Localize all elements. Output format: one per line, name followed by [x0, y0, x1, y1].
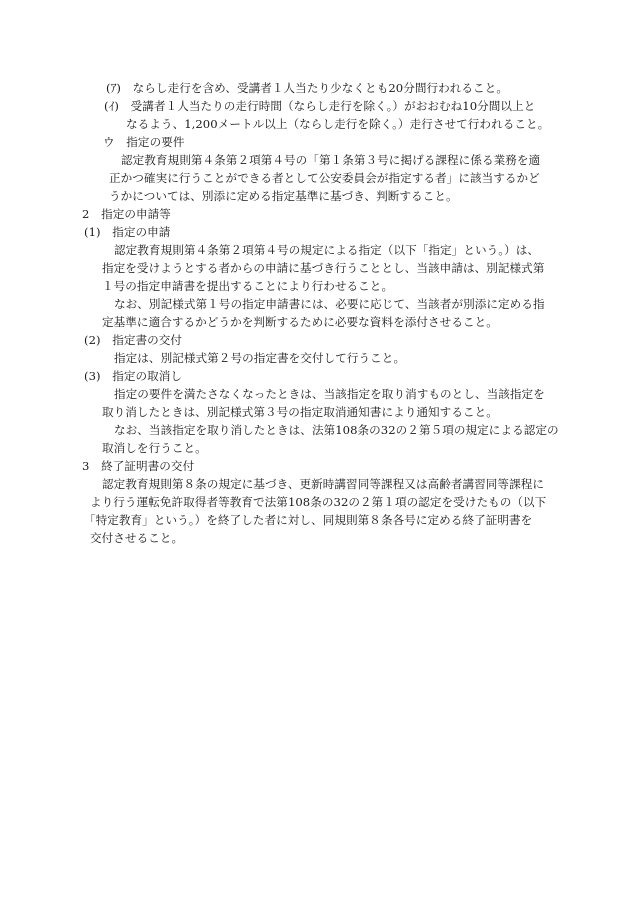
text-line: なお、別記様式第１号の指定申請書には、必要に応じて、当該者が別添に定める指 — [114, 297, 545, 311]
text-line: 交付させること。 — [90, 531, 183, 545]
text-line: 3 終了証明書の交付 — [82, 459, 194, 473]
text-line: なお、当該指定を取り消したときは、法第108条の32の２第５項の規定による認定の — [114, 423, 559, 437]
text-line: より行う運転免許取得者等教育で法第108条の32の２第１項の認定を受けたもの（以… — [90, 495, 546, 509]
text-line: (2) 指定書の交付 — [84, 333, 182, 347]
text-line: ウ 指定の要件 — [103, 135, 185, 149]
text-line: 指定を受けようとする者からの申請に基づき行うこととし、当該申請は、別記様式第 — [102, 261, 544, 275]
document-page: (ｱ) ならし走行を含め、受講者１人当たり少なくとも20分間行われること。(ｲ)… — [0, 0, 630, 903]
text-line: 認定教育規則第８条の規定に基づき、更新時講習同等課程又は高齢者講習同等課程に — [102, 477, 544, 491]
text-line: 取消しを行うこと。 — [102, 441, 207, 455]
text-line: 「特定教育」という。）を終了した者に対し、同規則第８条各号に定める終了証明書を — [84, 513, 532, 527]
text-line: 指定は、別記様式第２号の指定書を交付して行うこと。 — [114, 351, 405, 365]
text-line: 2 指定の申請等 — [82, 207, 171, 221]
text-line: 認定教育規則第４条第２項第４号の「第１条第３号に掲げる課程に係る業務を適 — [121, 153, 540, 167]
text-line: (3) 指定の取消し — [84, 369, 182, 383]
text-line: １号の指定申請書を提出することにより行わせること。 — [102, 279, 393, 293]
text-line: 認定教育規則第４条第２項第４号の規定による指定（以下「指定」という。）は、 — [114, 243, 539, 257]
text-line: (ｱ) ならし走行を含め、受講者１人当たり少なくとも20分間行われること。 — [106, 81, 508, 95]
text-line: なるよう、1,200メートル以上（ならし走行を除く。）走行させて行われること。 — [126, 117, 549, 131]
text-line: (ｲ) 受講者１人当たりの走行時間（ならし走行を除く。）がおおむね10分間以上と — [104, 99, 535, 113]
text-line: 正かつ確実に行うことができる者として公安委員会が指定する者」に該当するかど — [109, 171, 540, 185]
text-line: (1) 指定の申請 — [84, 225, 170, 239]
text-line: 指定の要件を満たさなくなったときは、当該指定を取り消すものとし、当該指定を — [114, 387, 545, 401]
text-line: 定基準に適合するかどうかを判断するために必要な資料を添付させること。 — [102, 315, 498, 329]
text-line: 取り消したときは、別記様式第３号の指定取消通知書により通知すること。 — [102, 405, 498, 419]
text-line: うかについては、別添に定める指定基準に基づき、判断すること。 — [109, 189, 458, 203]
